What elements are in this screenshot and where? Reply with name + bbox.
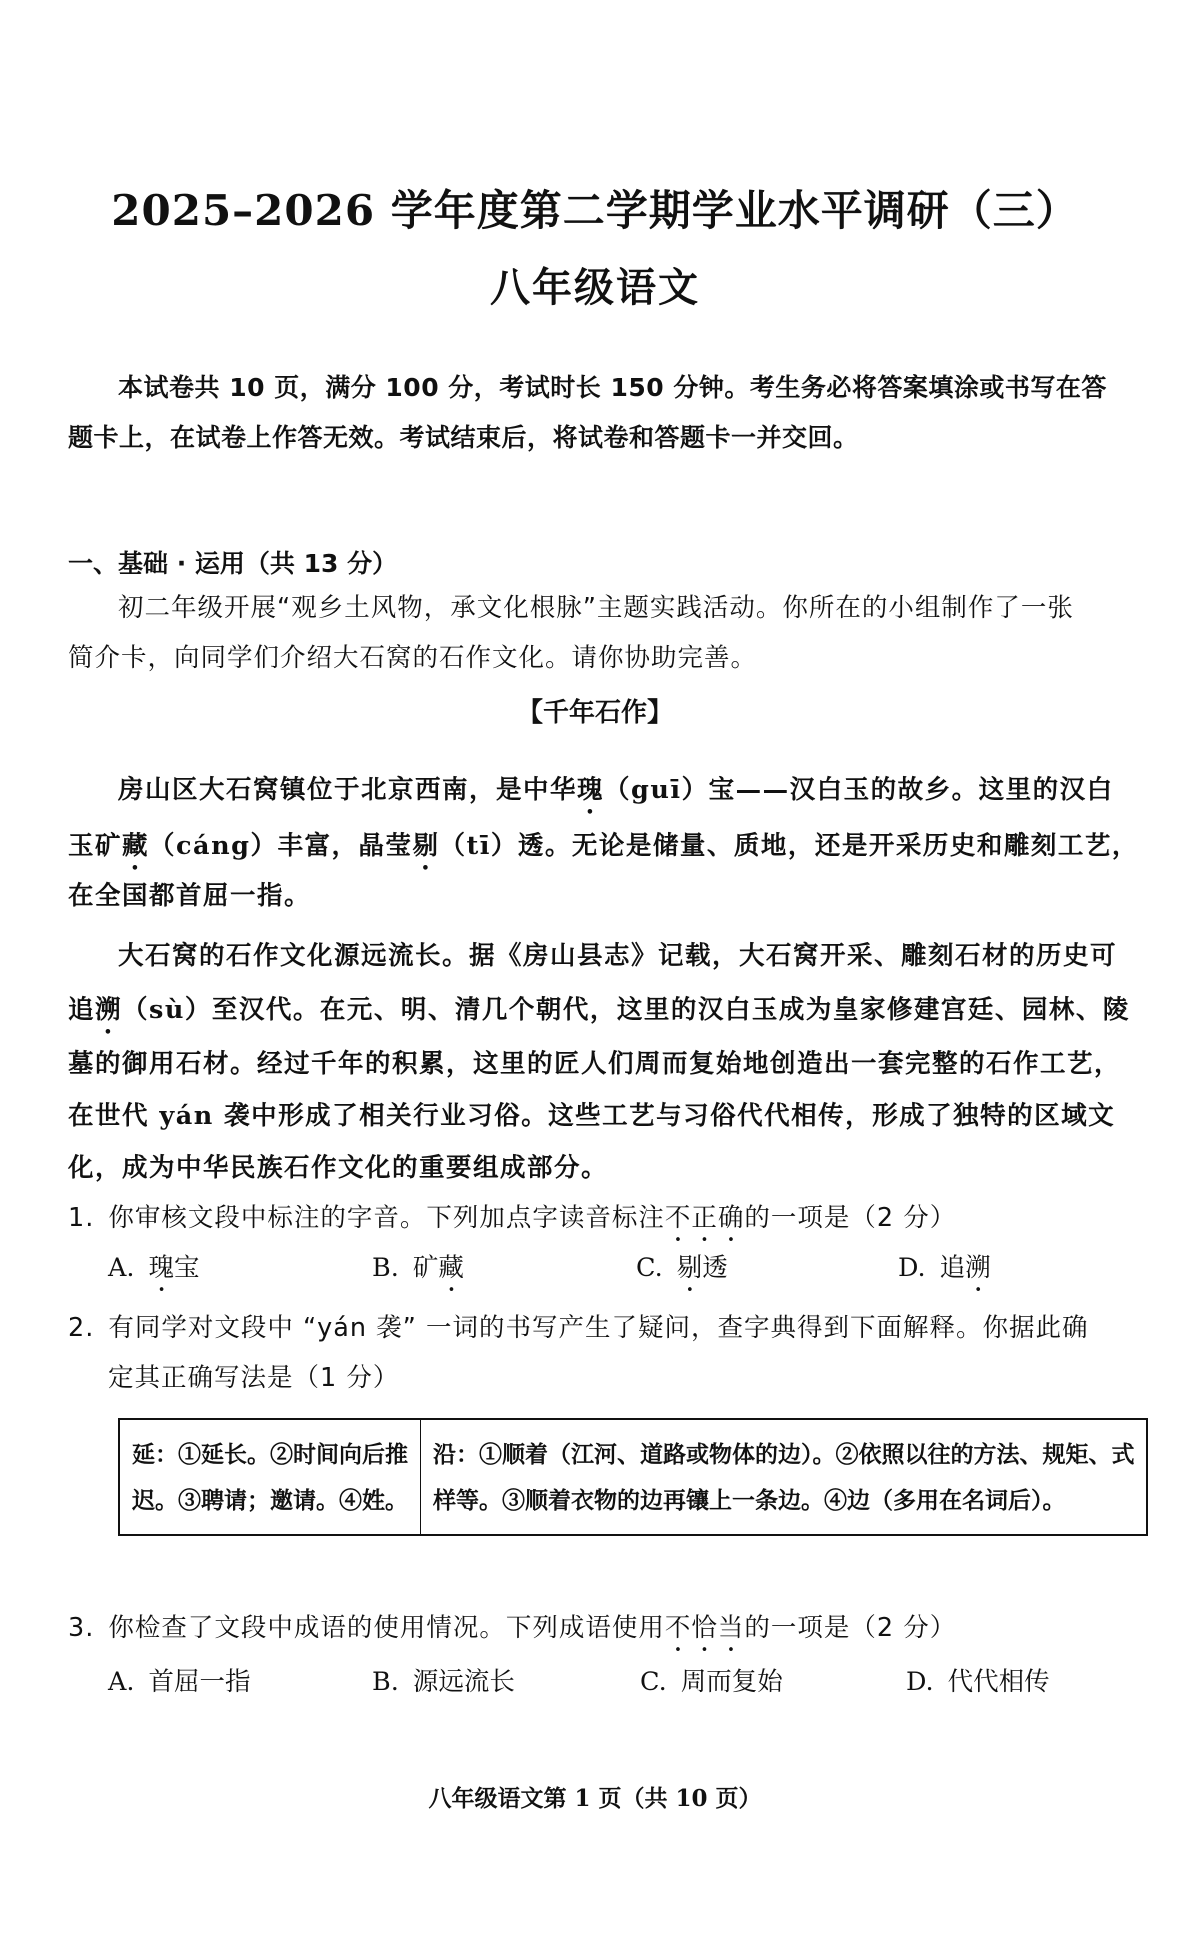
question-1-option-d[interactable]: D.追溯 (898, 1248, 991, 1298)
passage-line: 在世代 yán 袭中形成了相关行业习俗。这些工艺与习俗代代相传，形成了独特的区域… (68, 1096, 1115, 1132)
dictionary-table: 延：①延长。②时间向后推迟。③聘请；邀请。④姓。 沿：①顺着（江河、道路或物体的… (118, 1418, 1148, 1536)
question-number: 1. (68, 1203, 94, 1233)
option-label: B. (372, 1253, 399, 1283)
passage-line: 追溯（sù）至汉代。在元、明、清几个朝代，这里的汉白玉成为皇家修建宫廷、园林、陵 (68, 990, 1130, 1040)
dictionary-entry-yan-extend: 延：①延长。②时间向后推迟。③聘请；邀请。④姓。 (119, 1419, 421, 1535)
passage-text: （guī）宝——汉白玉的故乡。这里的汉白 (604, 775, 1114, 805)
question-2: 2.有同学对文段中 “yán 袭” 一词的书写产生了疑问，查字典得到下面解释。你… (68, 1308, 1088, 1344)
instructions-line-1: 本试卷共 10 页，满分 100 分，考试时长 150 分钟。考生务必将答案填涂… (118, 368, 1107, 404)
section-intro-line-2: 简介卡，向同学们介绍大石窝的石作文化。请你协助完善。 (68, 638, 757, 674)
option-text: 矿 (413, 1253, 439, 1283)
emphasized-char: 剔 (412, 831, 439, 861)
exam-subject: 八年级语文 (0, 256, 1190, 313)
passage-line: 玉矿藏（cáng）丰富，晶莹剔（tī）透。无论是储量、质地，还是开采历史和雕刻工… (68, 826, 1139, 876)
option-text: 宝 (174, 1253, 200, 1283)
question-1: 1.你审核文段中标注的字音。下列加点字读音标注不正确的一项是（2 分） (68, 1198, 956, 1248)
exam-title: 2025–2026 学年度第二学期学业水平调研（三） (0, 178, 1190, 238)
emphasized-char: 瑰 (149, 1253, 175, 1283)
passage-line: 房山区大石窝镇位于北京西南，是中华瑰（guī）宝——汉白玉的故乡。这里的汉白 (118, 770, 1114, 820)
emphasized-char: 藏 (438, 1253, 464, 1283)
emphasized-char: 瑰 (577, 775, 604, 805)
option-text: 首屈一指 (149, 1667, 251, 1697)
option-text: 透 (702, 1253, 728, 1283)
question-text: 你审核文段中标注的字音。下列加点字读音标注 (108, 1203, 665, 1233)
question-text: 有同学对文段中 “yán 袭” 一词的书写产生了疑问，查字典得到下面解释。你据此… (108, 1313, 1088, 1343)
option-label: D. (906, 1667, 934, 1697)
question-3-option-b[interactable]: B.源远流长 (372, 1662, 515, 1698)
question-3-option-d[interactable]: D.代代相传 (906, 1662, 1050, 1698)
table-row: 延：①延长。②时间向后推迟。③聘请；邀请。④姓。 沿：①顺着（江河、道路或物体的… (119, 1419, 1147, 1535)
passage-text: （sù）至汉代。在元、明、清几个朝代，这里的汉白玉成为皇家修建宫廷、园林、陵 (122, 995, 1130, 1025)
option-label: C. (640, 1667, 667, 1697)
section-heading: 一、基础 · 运用（共 13 分） (68, 544, 397, 580)
question-2-line-2: 定其正确写法是（1 分） (108, 1358, 399, 1394)
option-text: 源远流长 (413, 1667, 515, 1697)
question-3-option-c[interactable]: C.周而复始 (640, 1662, 783, 1698)
emphasized-char: 溯 (965, 1253, 991, 1283)
passage-line: 大石窝的石作文化源远流长。据《房山县志》记载，大石窝开采、雕刻石材的历史可 (118, 936, 1117, 972)
option-text: 周而复始 (681, 1667, 783, 1697)
question-text: 的一项是（2 分） (744, 1203, 956, 1233)
page-footer: 八年级语文第 1 页（共 10 页） (0, 1780, 1190, 1813)
question-3: 3.你检查了文段中成语的使用情况。下列成语使用不恰当的一项是（2 分） (68, 1608, 956, 1658)
emphasized-text: 不恰当 (665, 1613, 745, 1643)
emphasized-char: 溯 (95, 995, 122, 1025)
question-1-option-a[interactable]: A.瑰宝 (108, 1248, 200, 1298)
passage-text: （cáng）丰富，晶莹 (149, 831, 412, 861)
passage-line: 墓的御用石材。经过千年的积累，这里的匠人们周而复始地创造出一套完整的石作工艺， (68, 1044, 1121, 1080)
passage-line: 在全国都首屈一指。 (68, 876, 311, 912)
instructions-line-2: 题卡上，在试卷上作答无效。考试结束后，将试卷和答题卡一并交回。 (68, 418, 859, 454)
question-text: 你检查了文段中成语的使用情况。下列成语使用 (108, 1613, 665, 1643)
option-label: B. (372, 1667, 399, 1697)
passage-text: 玉矿 (68, 831, 122, 861)
passage-line: 化，成为中华民族石作文化的重要组成部分。 (68, 1148, 608, 1184)
section-intro-line-1: 初二年级开展“观乡土风物，承文化根脉”主题实践活动。你所在的小组制作了一张 (118, 588, 1074, 624)
card-title: 【千年石作】 (0, 692, 1190, 729)
passage-text: 房山区大石窝镇位于北京西南，是中华 (118, 775, 577, 805)
question-number: 3. (68, 1613, 94, 1643)
question-number: 2. (68, 1313, 94, 1343)
question-1-option-b[interactable]: B.矿藏 (372, 1248, 464, 1298)
passage-text: 追 (68, 995, 95, 1025)
emphasized-char: 剔 (677, 1253, 703, 1283)
option-label: D. (898, 1253, 926, 1283)
emphasized-char: 藏 (122, 831, 149, 861)
option-label: A. (108, 1253, 135, 1283)
passage-text: （tī）透。无论是储量、质地，还是开采历史和雕刻工艺， (439, 831, 1138, 861)
dictionary-entry-yan-along: 沿：①顺着（江河、道路或物体的边）。②依照以往的方法、规矩、式样等。③顺着衣物的… (421, 1419, 1148, 1535)
emphasized-text: 不正确 (665, 1203, 745, 1233)
question-1-option-c[interactable]: C.剔透 (636, 1248, 728, 1298)
question-text: 的一项是（2 分） (744, 1613, 956, 1643)
option-text: 代代相传 (948, 1667, 1050, 1697)
question-3-option-a[interactable]: A.首屈一指 (108, 1662, 251, 1698)
option-label: A. (108, 1667, 135, 1697)
option-label: C. (636, 1253, 663, 1283)
option-text: 追 (940, 1253, 966, 1283)
